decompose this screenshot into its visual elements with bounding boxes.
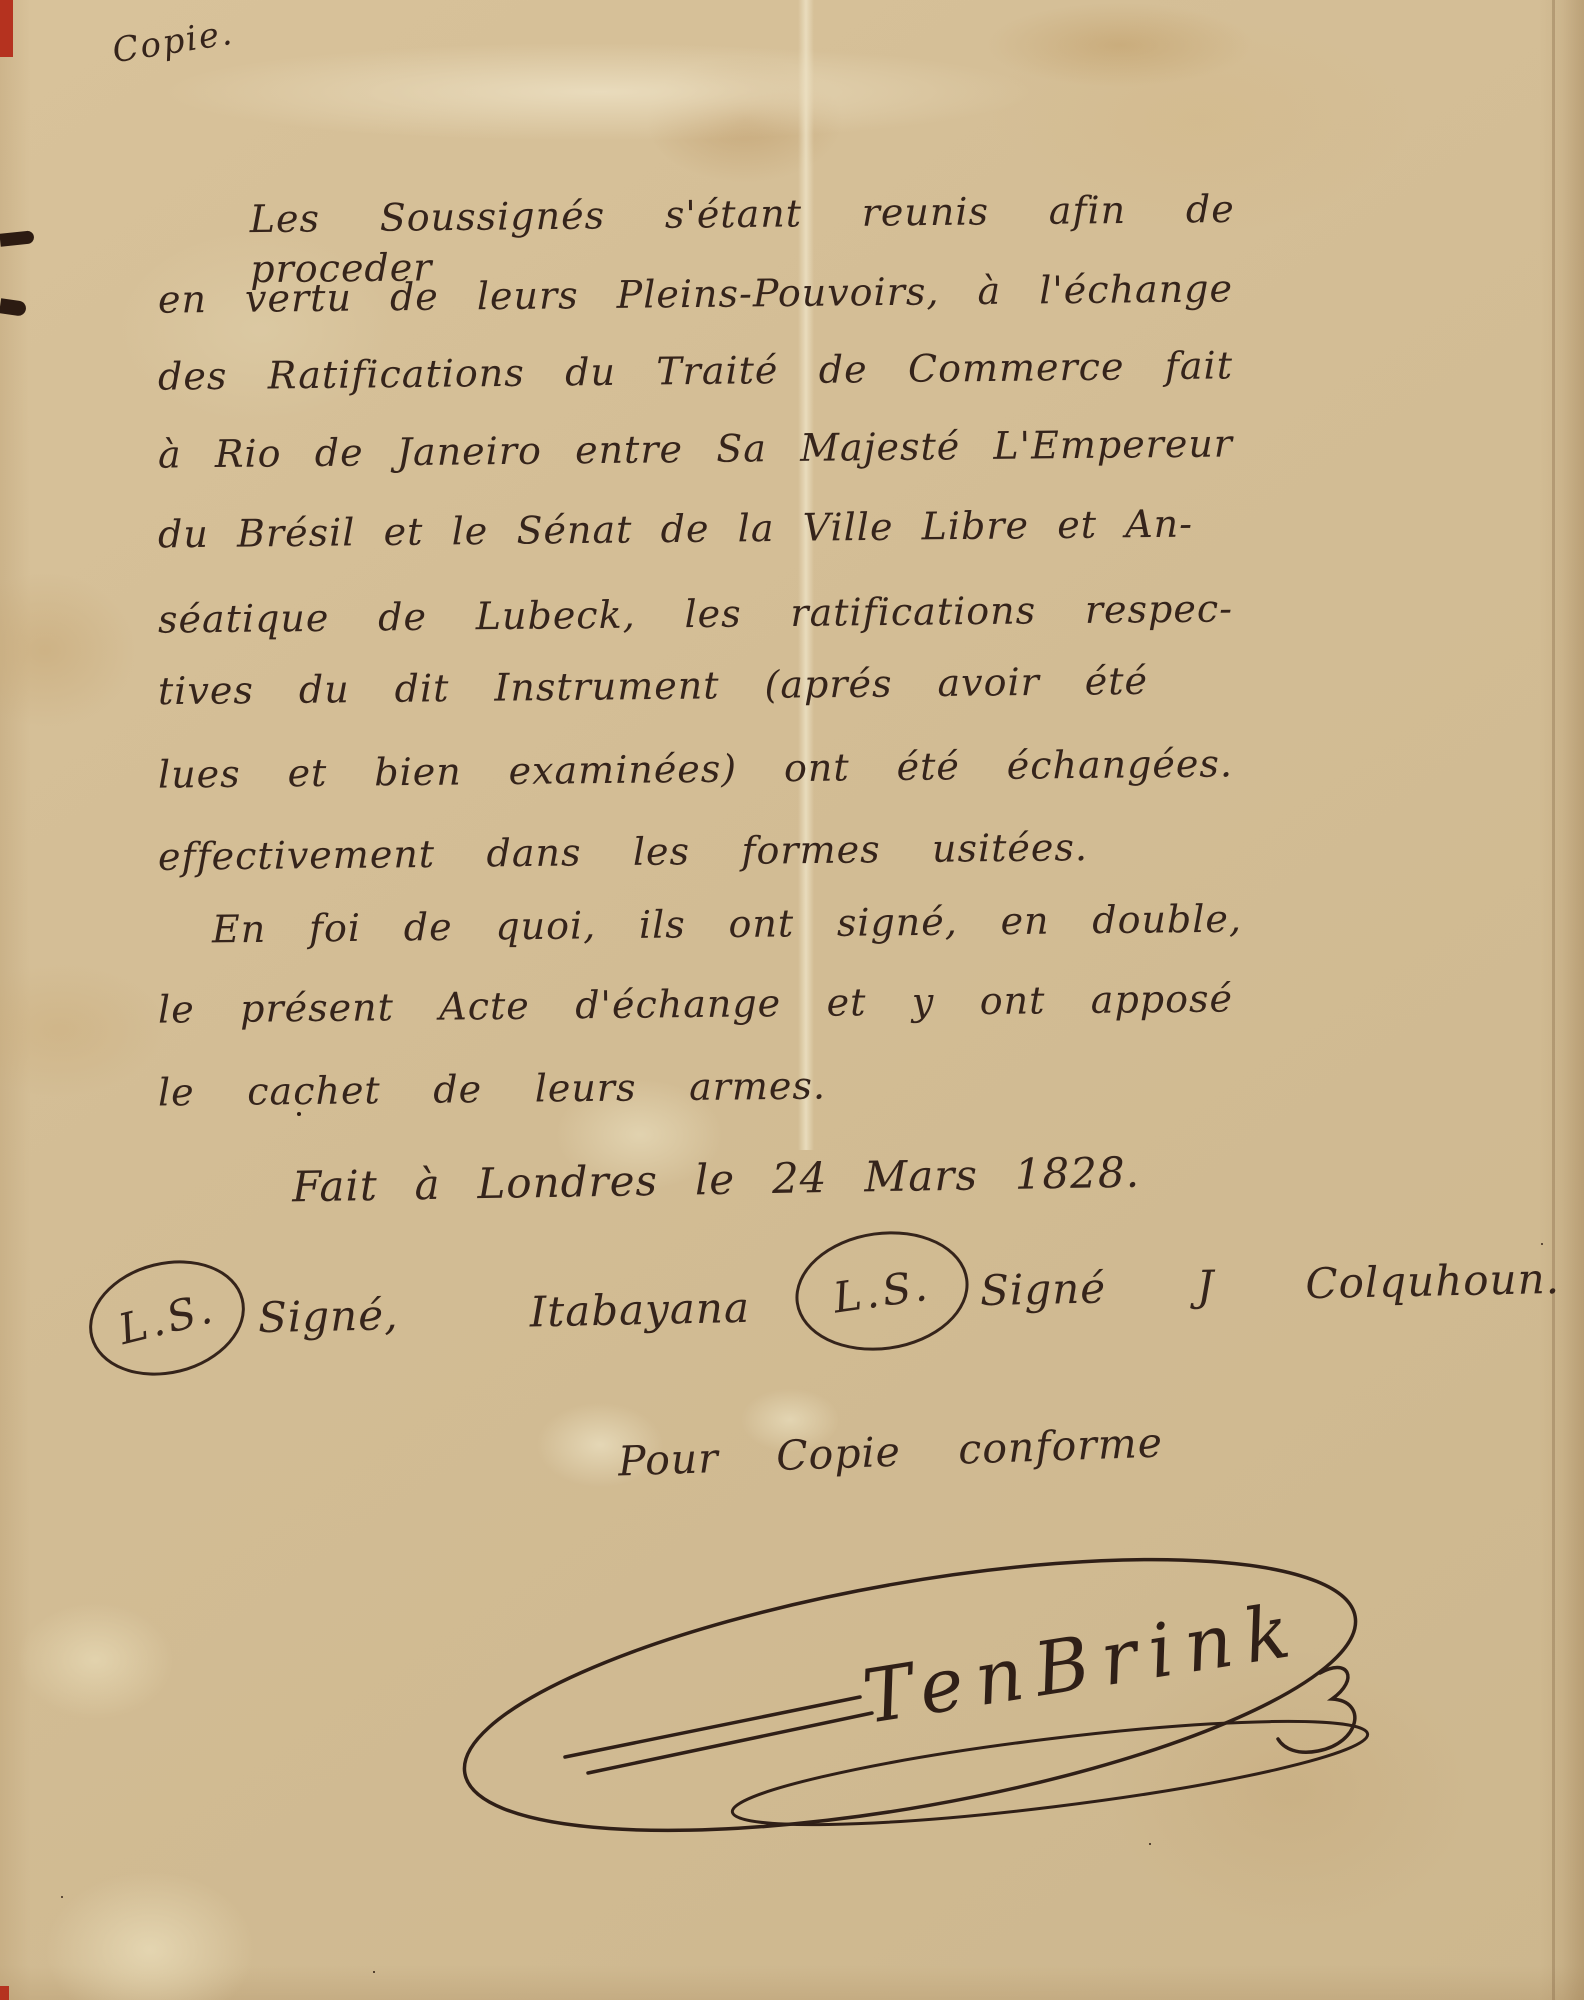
manuscript-line: lues et bien examinées) ont été échangée… (158, 738, 1233, 799)
final-signature-flourish: TenBrink (440, 1545, 1390, 1855)
manuscript-line: des Ratifications du Traité de Commerce … (158, 340, 1233, 401)
ink-speck-dots (297, 1112, 301, 1116)
red-edge-mark-top (0, 0, 13, 57)
manuscript-line: du Brésil et le Sénat de la Ville Libre … (158, 499, 1193, 560)
final-signature-name: TenBrink (857, 1589, 1295, 1741)
edge-ink-stroke (0, 230, 35, 246)
seal-ls-left-text: L.S. (114, 1282, 221, 1353)
signature-itabayana: Signé, Itabayana (258, 1283, 751, 1342)
manuscript-line: séatique de Lubeck, les ratifications re… (158, 583, 1233, 644)
edge-ink-stroke (0, 298, 27, 316)
dateline: Fait à Londres le 24 Mars 1828. (292, 1148, 1141, 1212)
seal-ls-right-text: L.S. (830, 1260, 934, 1322)
manuscript-line: En foi de quoi, ils ont signé, en double… (212, 894, 1242, 955)
copy-label: Copie. (110, 13, 237, 72)
page-edge-line (1552, 0, 1555, 2000)
manuscript-line: le cachet de leurs armes. (158, 1061, 826, 1118)
manuscript-line: effectivement dans les formes usitées. (158, 822, 1088, 882)
seal-ls-right: L.S. (788, 1220, 977, 1361)
seal-ls-left: L.S. (77, 1245, 257, 1392)
manuscript-line: le présent Acte d'échange et y ont appos… (158, 973, 1233, 1034)
signature-colquhoun: Signé J Colquhoun. (980, 1254, 1561, 1315)
manuscript-line: tives du dit Instrument (aprés avoir été (158, 656, 1148, 716)
manuscript-line: à Rio de Janeiro entre Sa Majesté L'Empe… (158, 418, 1233, 479)
copy-certification: Pour Copie conforme (617, 1419, 1163, 1486)
red-edge-mark-bottom (0, 1986, 9, 2000)
manuscript-page: Copie. Les Soussignés s'étant reunis afi… (0, 0, 1584, 2000)
manuscript-line: en vertu de leurs Pleins-Pouvoirs, à l'é… (158, 263, 1233, 324)
